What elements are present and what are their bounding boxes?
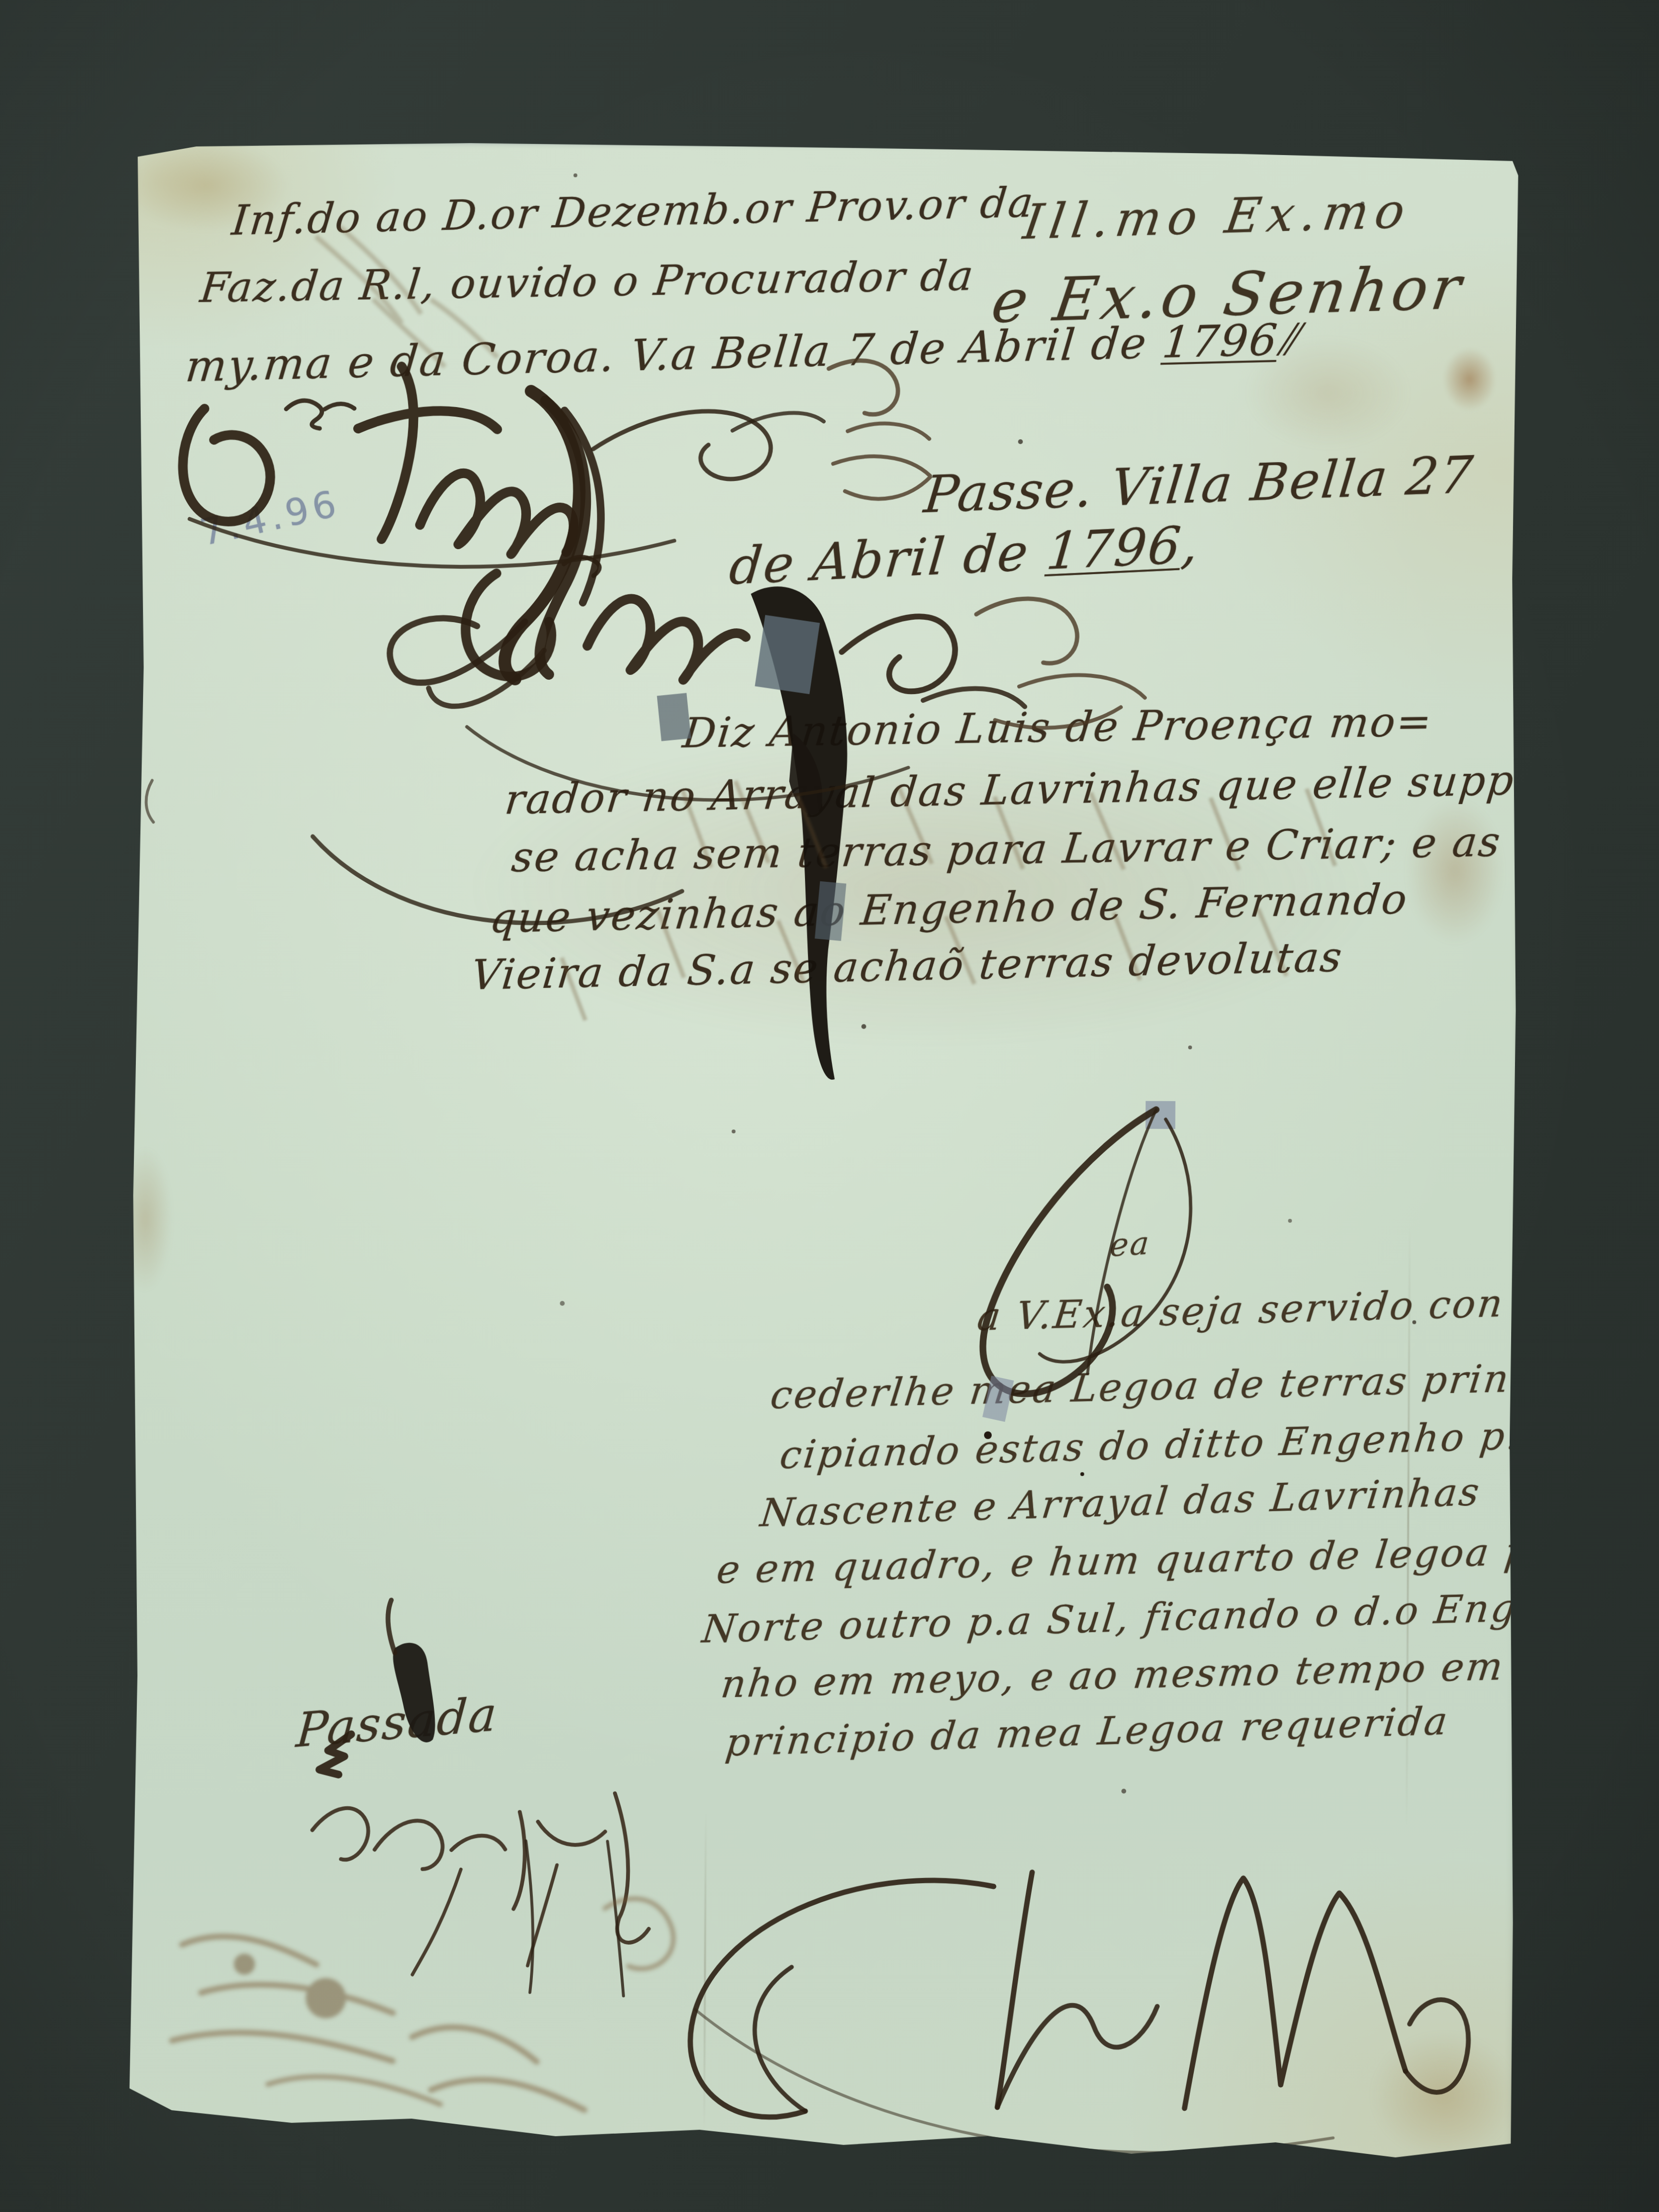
gray-smudge-1 xyxy=(755,615,819,694)
manuscript-page: Inf.do ao D.or Dezemb.or Prov.or da Faz.… xyxy=(123,139,1522,2168)
passada-signature xyxy=(312,1791,649,1976)
erm-closing-monogram xyxy=(690,1871,1469,2154)
margin-paren-mark xyxy=(146,781,154,822)
ghost-offset-strokes-top xyxy=(315,227,499,367)
gray-smudge-flourish xyxy=(983,1376,1014,1422)
ink-specks xyxy=(557,173,1422,1795)
photograph-of-manuscript: Inf.do ao D.or Dezemb.or Prov.or da Faz.… xyxy=(0,0,1659,2212)
petition-initial-flourish xyxy=(982,1109,1191,1423)
passada-ink-blot xyxy=(319,1600,436,1775)
passe-cosign-rubric xyxy=(976,599,1145,729)
informe-signature-rubric xyxy=(181,365,824,708)
passe-signature-rubric xyxy=(311,556,1178,1129)
informe-cosign-rubric xyxy=(828,361,931,499)
gray-smudge-3 xyxy=(815,881,846,941)
bleedthrough-hatching-mid xyxy=(561,780,1335,1024)
gray-smudge-2 xyxy=(657,693,691,741)
ink-flourish-layer xyxy=(123,139,1522,2168)
bleedthrough-bottom-left xyxy=(172,1896,674,2110)
